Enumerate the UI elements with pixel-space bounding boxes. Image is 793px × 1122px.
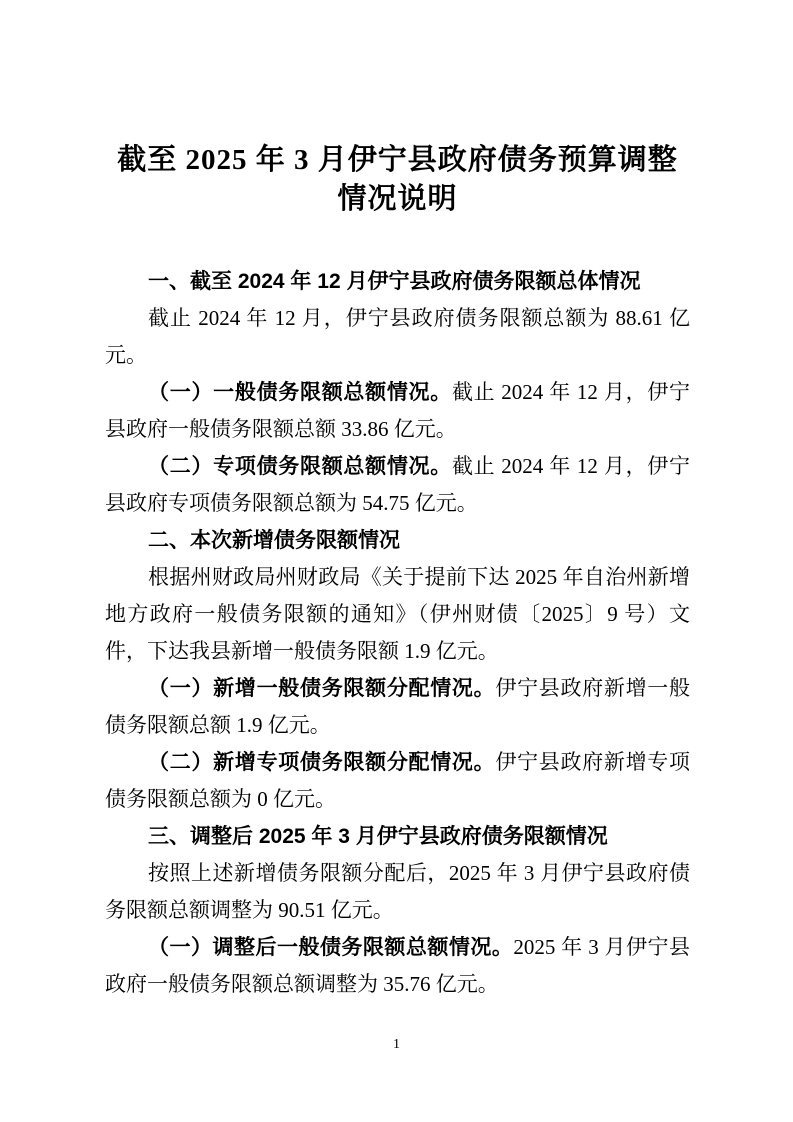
- document-body: 一、截至 2024 年 12 月伊宁县政府债务限额总体情况截止 2024 年 1…: [105, 263, 690, 1003]
- title-line-2: 情况说明: [105, 180, 690, 219]
- section-heading: 一、截至 2024 年 12 月伊宁县政府债务限额总体情况: [105, 263, 690, 300]
- body-paragraph: （一）调整后一般债务限额总额情况。2025 年 3 月伊宁县政府一般债务限额总额…: [105, 929, 690, 1003]
- bold-text-run: （一）一般债务限额总额情况。: [148, 380, 452, 404]
- text-run: 三、调整后 2025 年 3 月伊宁县政府债务限额情况: [148, 825, 608, 848]
- text-run: 二、本次新增债务限额情况: [148, 529, 400, 552]
- bold-text-run: （二）新增专项债务限额分配情况。: [148, 750, 495, 774]
- body-paragraph: （一）一般债务限额总额情况。截止 2024 年 12 月，伊宁县政府一般债务限额…: [105, 374, 690, 448]
- page-number: 1: [0, 1036, 793, 1054]
- body-paragraph: 按照上述新增债务限额分配后，2025 年 3 月伊宁县政府债务限额总额调整为 9…: [105, 855, 690, 929]
- section-heading: 二、本次新增债务限额情况: [105, 522, 690, 559]
- section-heading: 三、调整后 2025 年 3 月伊宁县政府债务限额情况: [105, 818, 690, 855]
- body-paragraph: 根据州财政局州财政局《关于提前下达 2025 年自治州新增地方政府一般债务限额的…: [105, 559, 690, 670]
- bold-text-run: （二）专项债务限额总额情况。: [148, 454, 452, 478]
- document-title: 截至 2025 年 3 月伊宁县政府债务预算调整 情况说明: [105, 141, 690, 219]
- body-paragraph: 截止 2024 年 12 月，伊宁县政府债务限额总额为 88.61 亿元。: [105, 300, 690, 374]
- bold-text-run: （一）调整后一般债务限额总额情况。: [148, 935, 513, 959]
- text-run: 根据州财政局州财政局《关于提前下达 2025 年自治州新增地方政府一般债务限额的…: [105, 565, 690, 663]
- title-line-1: 截至 2025 年 3 月伊宁县政府债务预算调整: [105, 141, 690, 180]
- text-run: 截止 2024 年 12 月，伊宁县政府债务限额总额为 88.61 亿元。: [105, 306, 690, 367]
- text-run: 一、截至 2024 年 12 月伊宁县政府债务限额总体情况: [148, 270, 640, 293]
- body-paragraph: （二）专项债务限额总额情况。截止 2024 年 12 月，伊宁县政府专项债务限额…: [105, 448, 690, 522]
- text-run: 按照上述新增债务限额分配后，2025 年 3 月伊宁县政府债务限额总额调整为 9…: [105, 861, 690, 922]
- body-paragraph: （二）新增专项债务限额分配情况。伊宁县政府新增专项债务限额总额为 0 亿元。: [105, 744, 690, 818]
- bold-text-run: （一）新增一般债务限额分配情况。: [148, 676, 495, 700]
- document-page: 截至 2025 年 3 月伊宁县政府债务预算调整 情况说明 一、截至 2024 …: [0, 0, 793, 1122]
- body-paragraph: （一）新增一般债务限额分配情况。伊宁县政府新增一般债务限额总额 1.9 亿元。: [105, 670, 690, 744]
- document-content: 截至 2025 年 3 月伊宁县政府债务预算调整 情况说明 一、截至 2024 …: [0, 0, 793, 1003]
